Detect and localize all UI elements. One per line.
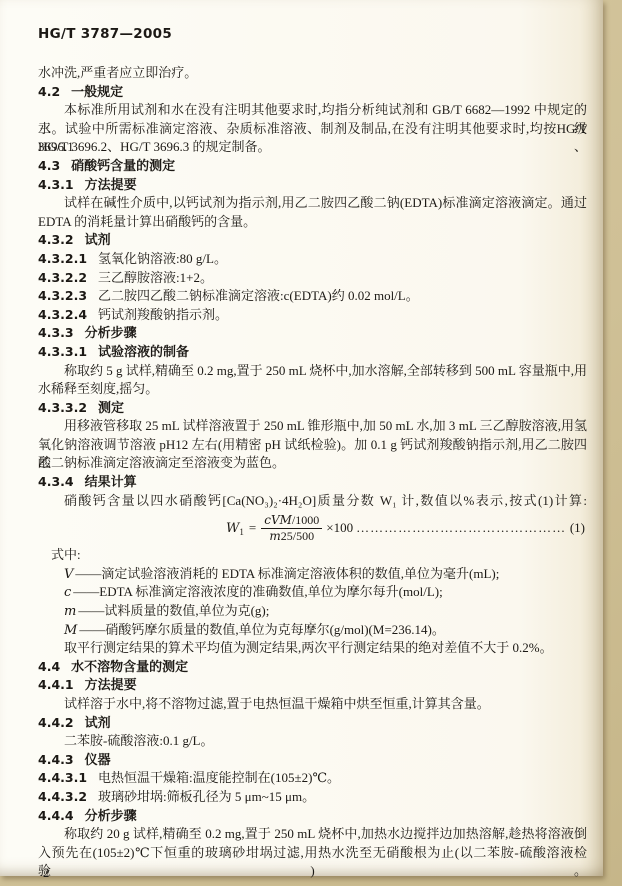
definition-text: 滴定试验溶液消耗的 EDTA 标准滴定溶液体积的数值,单位为毫升(mL); [101, 566, 499, 581]
clause-text: 钙试剂羧酸钠指示剂。 [98, 307, 228, 322]
clause-4-4-3-2: 4.4.3.2玻璃砂坩埚:筛板孔径为 5 μm~15 μm。 [38, 788, 587, 807]
formula-multiplier: ×100 [326, 520, 353, 536]
body-line: 入预先在(105±2)℃下恒重的玻璃砂坩埚过滤,用热水洗至无硝酸根为止(以二苯胺… [38, 844, 587, 863]
clause-number: 4.3.2.1 [38, 251, 87, 266]
clause-4-3-2-1: 4.3.2.1氢氧化钠溶液:80 g/L。 [38, 250, 587, 269]
definition-text: 试料质量的数值,单位为克(g); [104, 603, 269, 618]
heading-text: 试剂 [85, 232, 111, 247]
heading-text: 方法提要 [85, 177, 137, 192]
clause-number: 4.3.2 [38, 232, 74, 247]
heading-text: 硝酸钙含量的测定 [71, 158, 175, 173]
definition-c: c——EDTA 标准滴定溶液浓度的准确数值,单位为摩尔每升(mol/L); [38, 583, 587, 602]
clause-number: 4.4.3 [38, 752, 74, 767]
scanned-document: { "page": { "header": "HG/T 3787—2005", … [0, 0, 622, 886]
body-line: 水。试验中所需标准滴定溶液、杂质标准溶液、制剂及制品,在没有注明其他要求时,均按… [38, 120, 587, 139]
body-line: 试样溶于水中,将不溶物过滤,置于电热恒温干燥箱中烘至恒重,计算其含量。 [38, 695, 587, 714]
heading-4-3-4: 4.3.4结果计算 [38, 473, 587, 492]
clause-number: 4.3.2.2 [38, 270, 87, 285]
clause-number: 4.3.3 [38, 325, 74, 340]
clause-4-3-2-2: 4.3.2.2三乙醇胺溶液:1+2。 [38, 269, 587, 288]
document-page: HG/T 3787—2005 水冲洗,严重者应立即治疗。 4.2一般规定 本标准… [0, 0, 603, 876]
where-label: 式中: [38, 546, 587, 565]
heading-text: 一般规定 [71, 84, 123, 99]
clause-number: 4.3 [38, 158, 60, 173]
clause-text: 氢氧化钠溶液:80 g/L。 [98, 251, 227, 266]
heading-text: 分析步骤 [85, 325, 137, 340]
page-content: HG/T 3787—2005 水冲洗,严重者应立即治疗。 4.2一般规定 本标准… [0, 0, 603, 881]
heading-4-3-2: 4.3.2试剂 [38, 231, 587, 250]
clause-number: 4.4 [38, 659, 60, 674]
clause-number: 4.3.2.3 [38, 288, 87, 303]
clause-number: 4.4.3.1 [38, 770, 87, 785]
body-line: 二苯胺-硫酸溶液:0.1 g/L。 [38, 732, 587, 751]
heading-text: 试验溶液的制备 [98, 344, 189, 359]
clause-number: 4.4.2 [38, 715, 74, 730]
body-line: EDTA 的消耗量计算出硝酸钙的含量。 [38, 213, 587, 232]
heading-4-4-3: 4.4.3仪器 [38, 751, 587, 770]
body-line: 酸二钠标准滴定溶液滴定至溶液变为蓝色。 [38, 454, 587, 473]
body-line: 试样在碱性介质中,以钙试剂为指示剂,用乙二胺四乙酸二钠(EDTA)标准滴定溶液滴… [38, 194, 587, 213]
fraction-denominator: m25/500 [261, 529, 322, 543]
clause-4-3-2-4: 4.3.2.4钙试剂羧酸钠指示剂。 [38, 306, 587, 325]
body-line: 本标准所用试剂和水在没有注明其他要求时,均指分析纯试剂和 GB/T 6682—1… [38, 101, 587, 120]
formula-1: W1 = cVM/1000 m25/500 ×100 …………………………………… [38, 510, 587, 546]
variable-symbol: M [64, 623, 77, 638]
clause-number: 4.3.3.2 [38, 400, 87, 415]
definition-text: EDTA 标准滴定溶液浓度的准确数值,单位为摩尔每升(mol/L); [99, 584, 442, 599]
body-line: 水稀释至刻度,摇匀。 [38, 380, 587, 399]
clause-number: 4.3.3.1 [38, 344, 87, 359]
heading-text: 试剂 [85, 715, 111, 730]
clause-text: 乙二胺四乙酸二钠标准滴定溶液:c(EDTA)约 0.02 mol/L。 [98, 288, 419, 303]
clause-number: 4.4.4 [38, 808, 74, 823]
body-line: 取平行测定结果的算术平均值为测定结果,两次平行测定结果的绝对差值不大于 0.2%… [38, 639, 587, 658]
variable-symbol: c [64, 585, 71, 600]
clause-4-3-2-3: 4.3.2.3乙二胺四乙酸二钠标准滴定溶液:c(EDTA)约 0.02 mol/… [38, 287, 587, 306]
formula-lhs: W1 [226, 520, 244, 537]
equation-number: (1) [570, 520, 585, 536]
fraction-numerator: cVM/1000 [261, 514, 322, 529]
heading-4-3-3: 4.3.3分析步骤 [38, 324, 587, 343]
heading-text: 结果计算 [85, 474, 137, 489]
body-line: 称取约 20 g 试样,精确至 0.2 mg,置于 250 mL 烧杯中,加热水… [38, 825, 587, 844]
clause-number: 4.3.1 [38, 177, 74, 192]
body-line: 水冲洗,严重者应立即治疗。 [38, 64, 587, 83]
definition-text: 硝酸钙摩尔质量的数值,单位为克每摩尔(g/mol)(M=236.14)。 [105, 622, 445, 637]
body-line: 用移液管移取 25 mL 试样溶液置于 250 mL 锥形瓶中,加 50 mL … [38, 417, 587, 436]
clause-text: 电热恒温干燥箱:温度能控制在(105±2)℃。 [98, 770, 340, 785]
definition-V: V——滴定试验溶液消耗的 EDTA 标准滴定溶液体积的数值,单位为毫升(mL); [38, 565, 587, 584]
clause-number: 4.2 [38, 84, 60, 99]
fraction: cVM/1000 m25/500 [261, 514, 322, 543]
heading-text: 测定 [98, 400, 124, 415]
heading-text: 水不溶物含量的测定 [71, 659, 188, 674]
clause-text: 玻璃砂坩埚:筛板孔径为 5 μm~15 μm。 [98, 789, 315, 804]
clause-number: 4.4.3.2 [38, 789, 87, 804]
definition-M: M——硝酸钙摩尔质量的数值,单位为克每摩尔(g/mol)(M=236.14)。 [38, 621, 587, 640]
heading-text: 分析步骤 [85, 808, 137, 823]
heading-4-4: 4.4水不溶物含量的测定 [38, 658, 587, 677]
heading-4-4-1: 4.4.1方法提要 [38, 676, 587, 695]
clause-4-4-3-1: 4.4.3.1电热恒温干燥箱:温度能控制在(105±2)℃。 [38, 769, 587, 788]
clause-number: 4.3.2.4 [38, 307, 87, 322]
standard-number-header: HG/T 3787—2005 [38, 26, 587, 42]
variable-symbol: m [64, 604, 76, 619]
heading-4-4-2: 4.4.2试剂 [38, 714, 587, 733]
heading-4-3-3-2: 4.3.3.2测定 [38, 399, 587, 418]
clause-number: 4.3.4 [38, 474, 74, 489]
heading-text: 方法提要 [85, 677, 137, 692]
body-line: 氧化钠溶液调节溶液 pH12 左右(用精密 pH 试纸检验)。加 0.1 g 钙… [38, 436, 587, 455]
heading-text: 仪器 [85, 752, 111, 767]
heading-4-2: 4.2一般规定 [38, 83, 587, 102]
equals-sign: = [249, 520, 256, 536]
clause-number: 4.4.1 [38, 677, 74, 692]
heading-4-3: 4.3硝酸钙含量的测定 [38, 157, 587, 176]
clause-text: 三乙醇胺溶液:1+2。 [98, 270, 213, 285]
dot-leader: ………………………………………………………………………… [356, 520, 567, 536]
variable-symbol: V [64, 567, 73, 582]
definition-m: m——试料质量的数值,单位为克(g); [38, 602, 587, 621]
heading-4-4-4: 4.4.4分析步骤 [38, 807, 587, 826]
body-line: 硝酸钙含量以四水硝酸钙[Ca(NO₃)₂·4H₂O]质量分数 W₁ 计,数值以%… [38, 492, 587, 511]
body-line: 称取约 5 g 试样,精确至 0.2 mg,置于 250 mL 烧杯中,加水溶解… [38, 362, 587, 381]
heading-4-3-1: 4.3.1方法提要 [38, 176, 587, 195]
heading-4-3-3-1: 4.3.3.1试验溶液的制备 [38, 343, 587, 362]
